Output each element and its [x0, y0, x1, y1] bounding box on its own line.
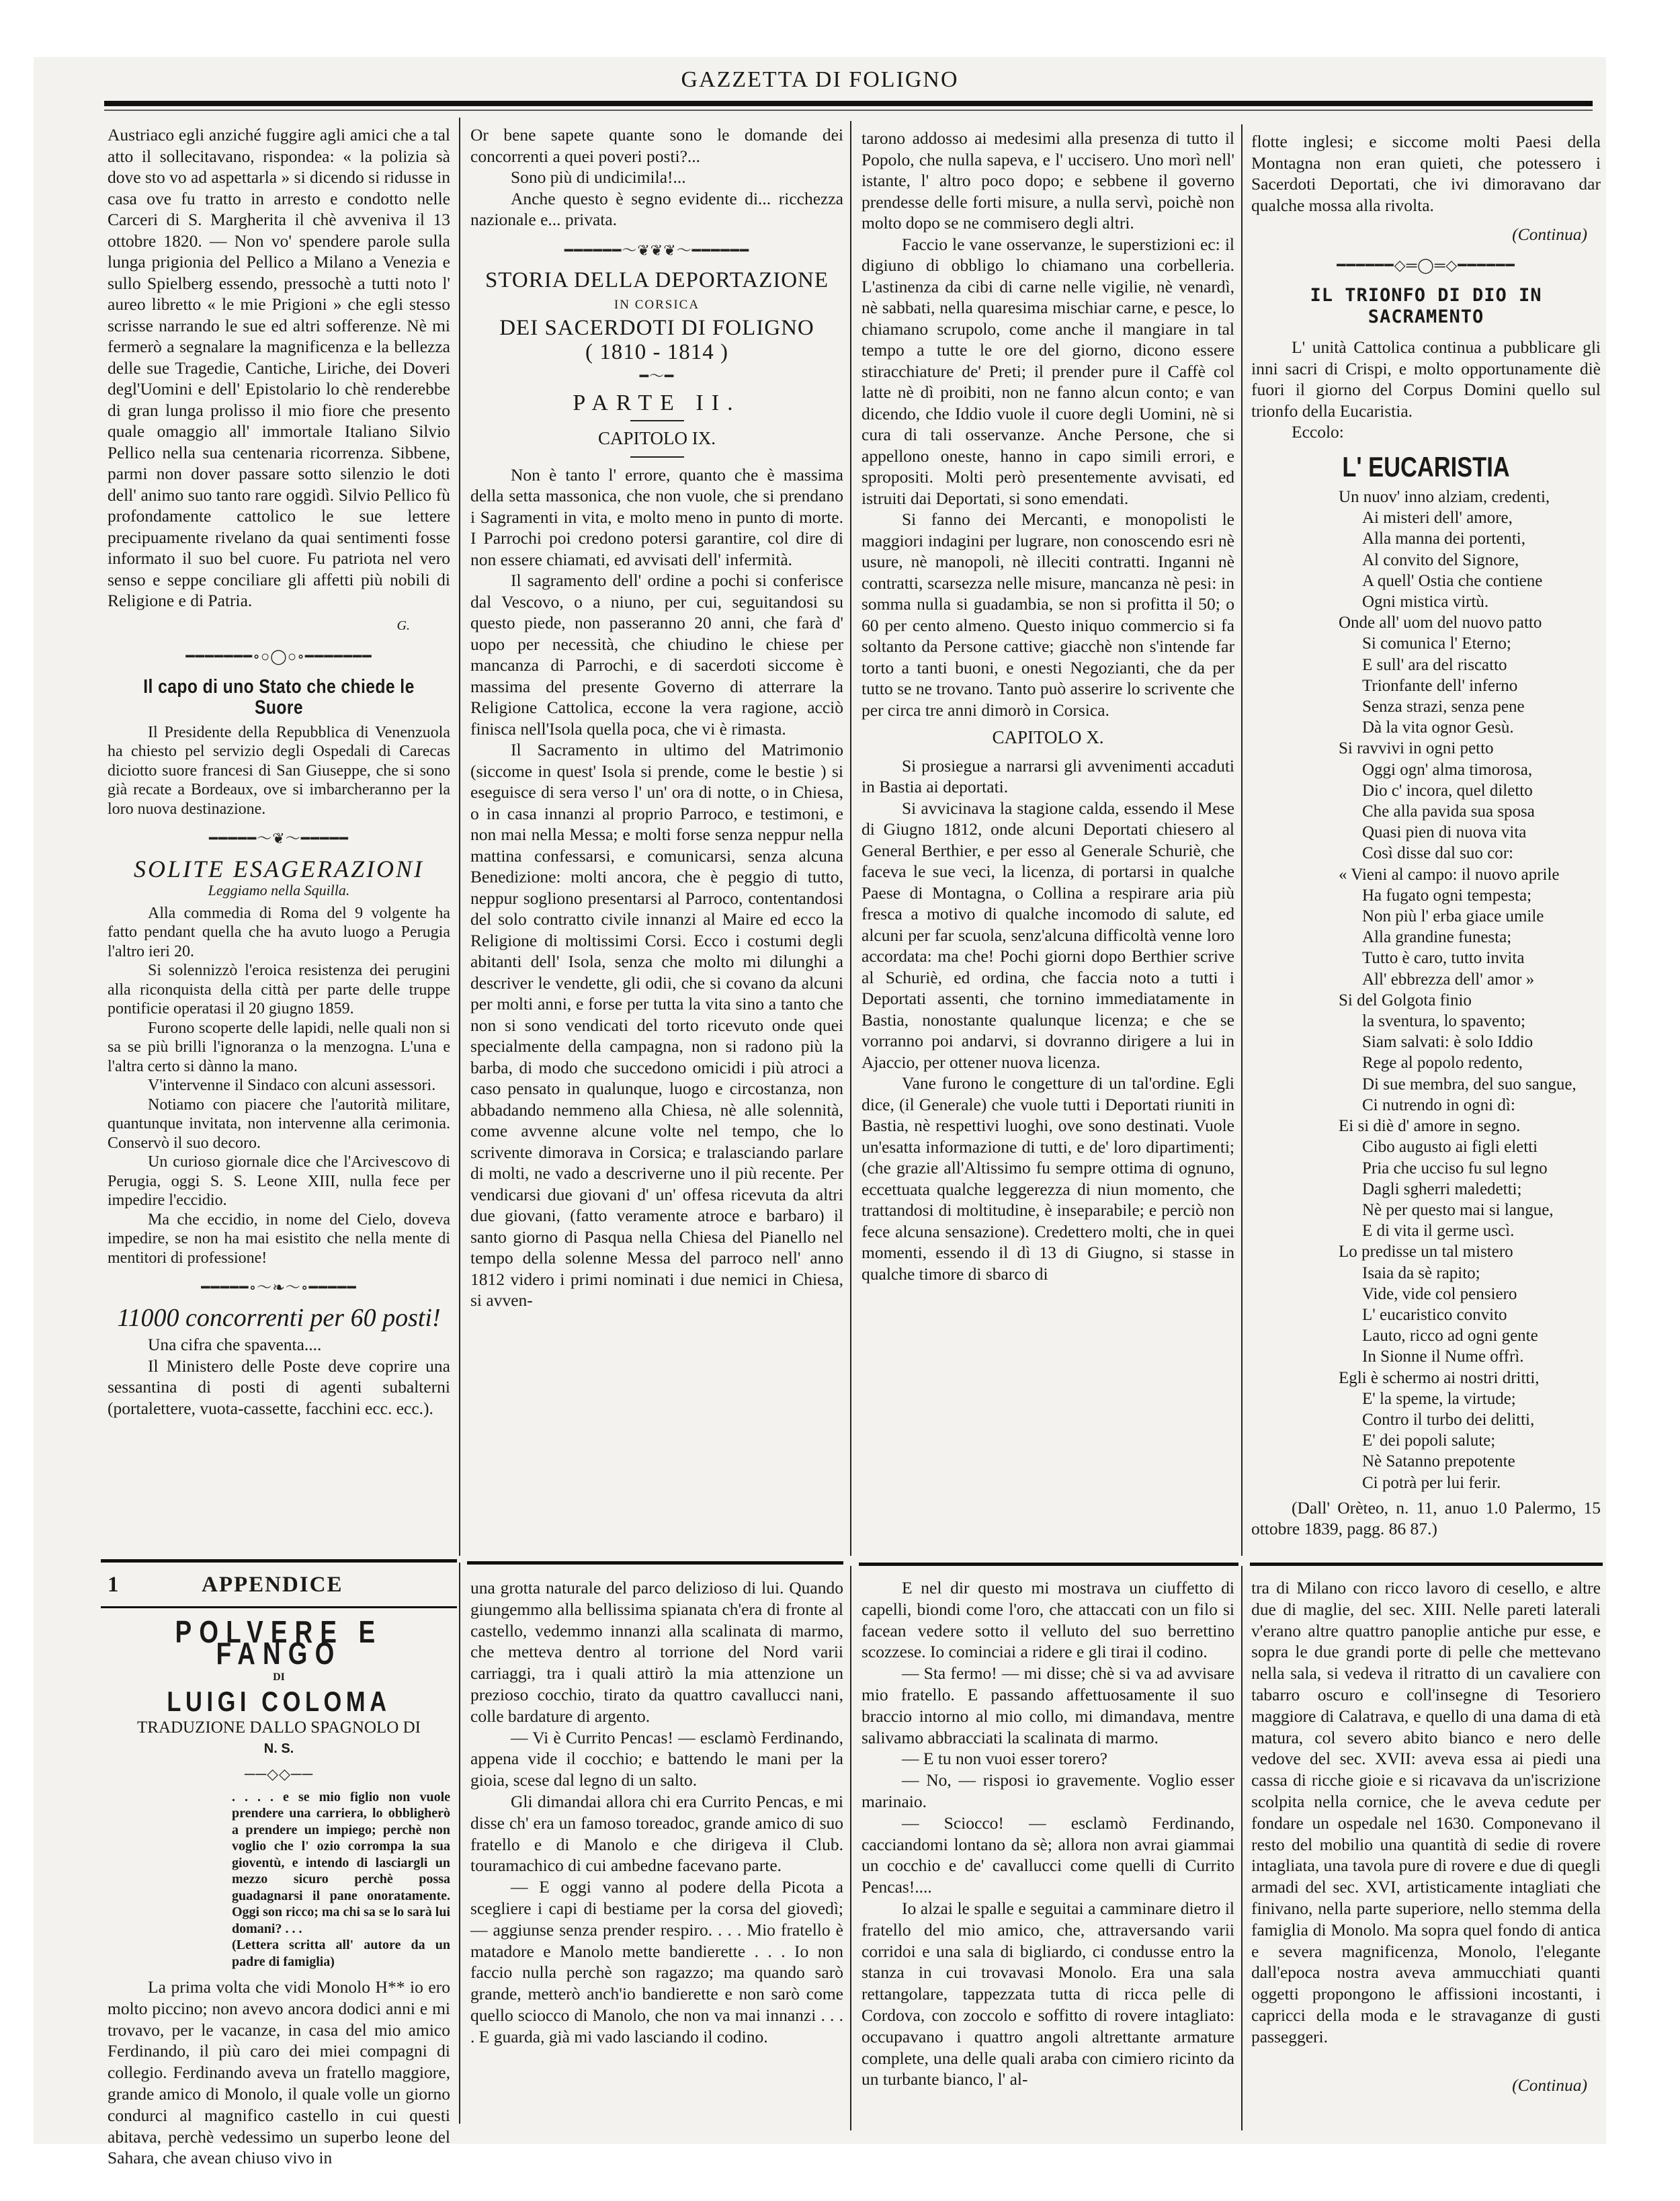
- poem-line: Isaia da sè rapito;: [1251, 1263, 1601, 1284]
- translation-note: TRADUZIONE DALLO SPAGNOLO DI: [108, 1717, 450, 1739]
- concorrenti-p2: Il Ministero delle Poste deve coprire un…: [108, 1356, 450, 1419]
- poem-line: Alla grandine funesta;: [1251, 927, 1601, 948]
- ornament-divider: ━━━━━━◇═◯═◇━━━━━━: [1251, 255, 1601, 276]
- poem-line: In Sionne il Nume offrì.: [1251, 1346, 1601, 1367]
- poem-line: E sull' ara del riscatto: [1251, 655, 1601, 675]
- article-signature: G.: [108, 616, 450, 637]
- serial-paragraph: Il Sacramento in ultimo del Matrimonio (…: [470, 739, 843, 1311]
- serial-title-line1: STORIA DELLA DEPORTAZIONE: [470, 270, 843, 292]
- column-divider: [1241, 124, 1243, 1556]
- column-1: Austriaco egli anziché fuggire agli amic…: [108, 124, 450, 1419]
- poem-line: Si comunica l' Eterno;: [1251, 633, 1601, 654]
- serial-part: PARTE II.: [470, 392, 843, 414]
- ornament-divider: ──◇◇──: [108, 1763, 450, 1785]
- serial-paragraph: Faccio le vane osservanze, le superstizi…: [862, 234, 1234, 509]
- appendix-rule: [467, 1561, 843, 1565]
- poem-title: L' EUCARISTIA: [1283, 456, 1569, 478]
- poem-line: Tutto è caro, tutto invita: [1251, 948, 1601, 968]
- poem-line: Ci potrà per lui ferir.: [1251, 1472, 1601, 1493]
- trionfo-eccolo: Eccolo:: [1251, 421, 1601, 443]
- poem-line: Vide, vide col pensiero: [1251, 1284, 1601, 1304]
- serial-paragraph: Il sagramento dell' ordine a pochi si co…: [470, 570, 843, 739]
- poem-line: Senza strazi, senza pene: [1251, 696, 1601, 717]
- ornament-divider: ━━━━━━━∘○◯○∘━━━━━━━: [108, 646, 450, 667]
- appendix-rule: [1250, 1563, 1603, 1566]
- poem-line: Nè per questo mai si langue,: [1251, 1200, 1601, 1220]
- novel-paragraph: E nel dir questo mi mostrava un ciuffett…: [862, 1577, 1234, 1663]
- poem-line: Dagli sgherri maledetti;: [1251, 1179, 1601, 1200]
- serial-paragraph: flotte inglesi; e siccome molti Paesi de…: [1251, 131, 1601, 216]
- appendix-number: 1: [108, 1573, 120, 1597]
- novel-paragraph: — E oggi vanno al podere della Picota a …: [470, 1876, 843, 2047]
- poem-line: Nè Satanno prepotente: [1251, 1451, 1601, 1472]
- poem-line: Dà la vita ognor Gesù.: [1251, 717, 1601, 738]
- ornament-divider: ━━━━━∘～❧～∘━━━━━: [108, 1277, 450, 1298]
- novel-paragraph: Io alzai le spalle e seguitai a camminar…: [862, 1898, 1234, 2090]
- suore-text: Il Presidente della Repubblica di Venenz…: [108, 723, 450, 819]
- concorrenti-headline: 11000 concorrenti per 60 posti!: [108, 1308, 450, 1329]
- novel-paragraph: Gli dimandai allora chi era Currito Penc…: [470, 1791, 843, 1876]
- poem-line: Lo predisse un tal mistero: [1251, 1241, 1601, 1262]
- column-2: Or bene sapete quante sono le domande de…: [470, 124, 843, 1311]
- column-divider: [850, 1566, 851, 2130]
- continua-label: (Continua): [1251, 224, 1601, 245]
- poem-line: Pria che ucciso fu sul legno: [1251, 1158, 1601, 1179]
- poem-line: A quell' Ostia che contiene: [1251, 571, 1601, 591]
- novel-paragraph: — Sta fermo! — mi disse; chè si va ad av…: [862, 1663, 1234, 1748]
- poem-line: Ogni mistica virtù.: [1251, 591, 1601, 612]
- poem-line: Ei si diè d' amore in segno.: [1251, 1116, 1601, 1136]
- poem-source: (Dall' Orèteo, n. 11, anuo 1.0 Palermo, …: [1251, 1497, 1601, 1540]
- divider: [630, 420, 684, 421]
- column-divider: [850, 121, 851, 1556]
- novel-paragraph: tra di Milano con ricco lavoro di cesell…: [1251, 1577, 1601, 2048]
- poem-line: Rege al popolo redento,: [1251, 1052, 1601, 1073]
- poem-line: Un nuov' inno alziam, credenti,: [1251, 487, 1601, 507]
- novel-paragraph: — No, — risposi io gravemente. Voglio es…: [862, 1770, 1234, 1813]
- poem-line: E' la speme, la virtude;: [1251, 1388, 1601, 1409]
- concorrenti-cont-p3: Anche questo è segno evidente di... ricc…: [470, 188, 843, 231]
- ornament-divider: ━～━: [470, 366, 843, 387]
- newspaper-page: GAZZETTA DI FOLIGNO Austriaco egli anzic…: [34, 57, 1606, 2144]
- esagerazioni-p7: Ma che eccidio, in nome del Cielo, dovev…: [108, 1210, 450, 1268]
- poem-line: Si del Golgota finio: [1251, 990, 1601, 1011]
- serial-paragraph: Si prosiegue a narrarsi gli avvenimenti …: [862, 755, 1234, 798]
- serial-years: ( 1810 - 1814 ): [470, 342, 843, 364]
- ornament-divider: ━━━━━━～❦❦❦～━━━━━━: [470, 240, 843, 261]
- concorrenti-cont-p1: Or bene sapete quante sono le domande de…: [470, 124, 843, 167]
- esagerazioni-p4: V'intervenne il Sindaco con alcuni asses…: [108, 1076, 450, 1095]
- appendix-column-3: E nel dir questo mi mostrava un ciuffett…: [862, 1577, 1234, 2090]
- esagerazioni-p6: Un curioso giornale dice che l'Arcivesco…: [108, 1153, 450, 1210]
- poem-line: Ci nutrendo in ogni dì:: [1251, 1095, 1601, 1116]
- chapter-heading: CAPITOLO X.: [862, 727, 1234, 749]
- poem-line: E' dei popoli salute;: [1251, 1430, 1601, 1451]
- esagerazioni-p5: Notiamo con piacere che l'autorità milit…: [108, 1095, 450, 1153]
- esagerazioni-headline: SOLITE ESAGERAZIONI: [108, 859, 450, 880]
- poem-line: All' ebbrezza dell' amor »: [1251, 969, 1601, 990]
- serial-paragraph: Vane furono le congetture di un tal'ordi…: [862, 1073, 1234, 1284]
- poem-line: Contro il turbo dei delitti,: [1251, 1409, 1601, 1430]
- poem-body: Un nuov' inno alziam, credenti,Ai mister…: [1251, 487, 1601, 1493]
- column-divider: [459, 1563, 460, 2124]
- esagerazioni-p2: Si solennizzò l'eroica resistenza dei pe…: [108, 961, 450, 1019]
- novel-title: POLVERE E FANGO: [142, 1622, 416, 1664]
- appendix-rule: [101, 1559, 457, 1563]
- header-rule-thin: [104, 110, 1593, 111]
- poem-line: Ai misteri dell' amore,: [1251, 507, 1601, 528]
- concorrenti-cont-p2: Sono più di undicimila!...: [470, 167, 843, 188]
- appendix-column-1: POLVERE E FANGO DI LUIGI COLOMA TRADUZIO…: [108, 1610, 450, 2169]
- poem-line: L' eucaristico convito: [1251, 1304, 1601, 1325]
- poem-line: E di vita il germe uscì.: [1251, 1220, 1601, 1241]
- serial-paragraph: Si avvicinava la stagione calda, essendo…: [862, 798, 1234, 1073]
- trionfo-intro: L' unità Cattolica continua a pubblicare…: [1251, 337, 1601, 421]
- poem-line: Alla manna dei portenti,: [1251, 528, 1601, 549]
- epigraph-source: (Lettera scritta all' autore da un padre…: [232, 1937, 450, 1970]
- appendix-label: APPENDICE: [202, 1573, 343, 1597]
- poem-line: Oggi ogn' alma timorosa,: [1251, 759, 1601, 780]
- poem-line: Di sue membra, del suo sangue,: [1251, 1074, 1601, 1095]
- novel-paragraph: — Sciocco! — esclamò Ferdinando, caccian…: [862, 1813, 1234, 1898]
- continua-label: (Continua): [1251, 2075, 1601, 2096]
- poem-line: Cibo augusto ai figli eletti: [1251, 1136, 1601, 1157]
- ornament-divider: ━━━━━～❦～━━━━━: [108, 828, 450, 849]
- appendix-column-2: una grotta naturale del parco delizioso …: [470, 1577, 843, 2048]
- esagerazioni-p3: Furono scoperte delle lapidi, nelle qual…: [108, 1019, 450, 1077]
- poem-line: Al convito del Signore,: [1251, 550, 1601, 571]
- translator: N. S.: [108, 1739, 450, 1760]
- poem-line: Quasi pien di nuova vita: [1251, 822, 1601, 843]
- appendix-column-4: tra di Milano con ricco lavoro di cesell…: [1251, 1577, 1601, 2095]
- pellico-article: Austriaco egli anziché fuggire agli amic…: [108, 124, 450, 612]
- serial-paragraph: Non è tanto l' errore, quanto che è mass…: [470, 464, 843, 571]
- column-divider: [1241, 1566, 1243, 2130]
- divider: [630, 456, 684, 458]
- header-rule: [104, 101, 1593, 106]
- chapter-heading: CAPITOLO IX.: [470, 428, 843, 450]
- serial-title-line2: IN CORSICA: [470, 294, 843, 316]
- trionfo-intro-text: L' unità Cattolica continua a pubblicare…: [1251, 337, 1601, 421]
- esagerazioni-subtitle: Leggiamo nella Squilla.: [108, 880, 450, 901]
- serial-title-line3: DEI SACERDOTI DI FOLIGNO: [470, 318, 843, 339]
- poem-line: Trionfante dell' inferno: [1251, 675, 1601, 696]
- poem-line: Egli è schermo ai nostri dritti,: [1251, 1368, 1601, 1388]
- suore-headline: Il capo di uno Stato che chiede le Suore: [133, 677, 425, 719]
- serial-paragraph: tarono addosso ai medesimi alla presenza…: [862, 128, 1234, 234]
- trionfo-headline: IL TRIONFO DI DIO IN SACRAMENTO: [1251, 285, 1601, 327]
- masthead-title: GAZZETTA DI FOLIGNO: [34, 67, 1606, 93]
- poem-line: la sventura, lo spavento;: [1251, 1011, 1601, 1032]
- column-divider: [459, 118, 460, 1556]
- column-3: tarono addosso ai medesimi alla presenza…: [862, 128, 1234, 1284]
- poem-line: Ha fugato ogni tempesta;: [1251, 885, 1601, 906]
- poem-line: Lauto, ricco ad ogni gente: [1251, 1325, 1601, 1346]
- poem-line: Siam salvati: è solo Iddio: [1251, 1032, 1601, 1052]
- esagerazioni-p1: Alla commedia di Roma del 9 volgente ha …: [108, 904, 450, 962]
- poem-line: Che alla pavida sua sposa: [1251, 801, 1601, 822]
- appendix-rule: [101, 1606, 457, 1608]
- poem-line: Non più l' erba giace umile: [1251, 906, 1601, 927]
- poem-line: « Vieni al campo: il nuovo aprile: [1251, 864, 1601, 885]
- serial-paragraph: Si fanno dei Mercanti, e monopolisti le …: [862, 509, 1234, 720]
- poem-line: Si ravvivi in ogni petto: [1251, 738, 1601, 759]
- epigraph: . . . . e se mio figlio non vuole prende…: [232, 1789, 450, 1938]
- poem-line: Onde all' uom del nuovo patto: [1251, 612, 1601, 633]
- novel-paragraph: una grotta naturale del parco delizioso …: [470, 1577, 843, 1727]
- poem-line: Così disse dal suo cor:: [1251, 843, 1601, 864]
- appendix-rule: [859, 1563, 1238, 1566]
- concorrenti-p1: Una cifra che spaventa....: [108, 1334, 450, 1356]
- novel-author: LUIGI COLOMA: [138, 1691, 419, 1712]
- novel-paragraph: La prima volta che vidi Monolo H** io er…: [108, 1977, 450, 2169]
- poem-line: Dio c' incora, quel diletto: [1251, 780, 1601, 801]
- novel-paragraph: — Vi è Currito Pencas! — esclamò Ferdina…: [470, 1727, 843, 1791]
- novel-paragraph: — E tu non vuoi esser torero?: [862, 1748, 1234, 1770]
- column-4: flotte inglesi; e siccome molti Paesi de…: [1251, 131, 1601, 1540]
